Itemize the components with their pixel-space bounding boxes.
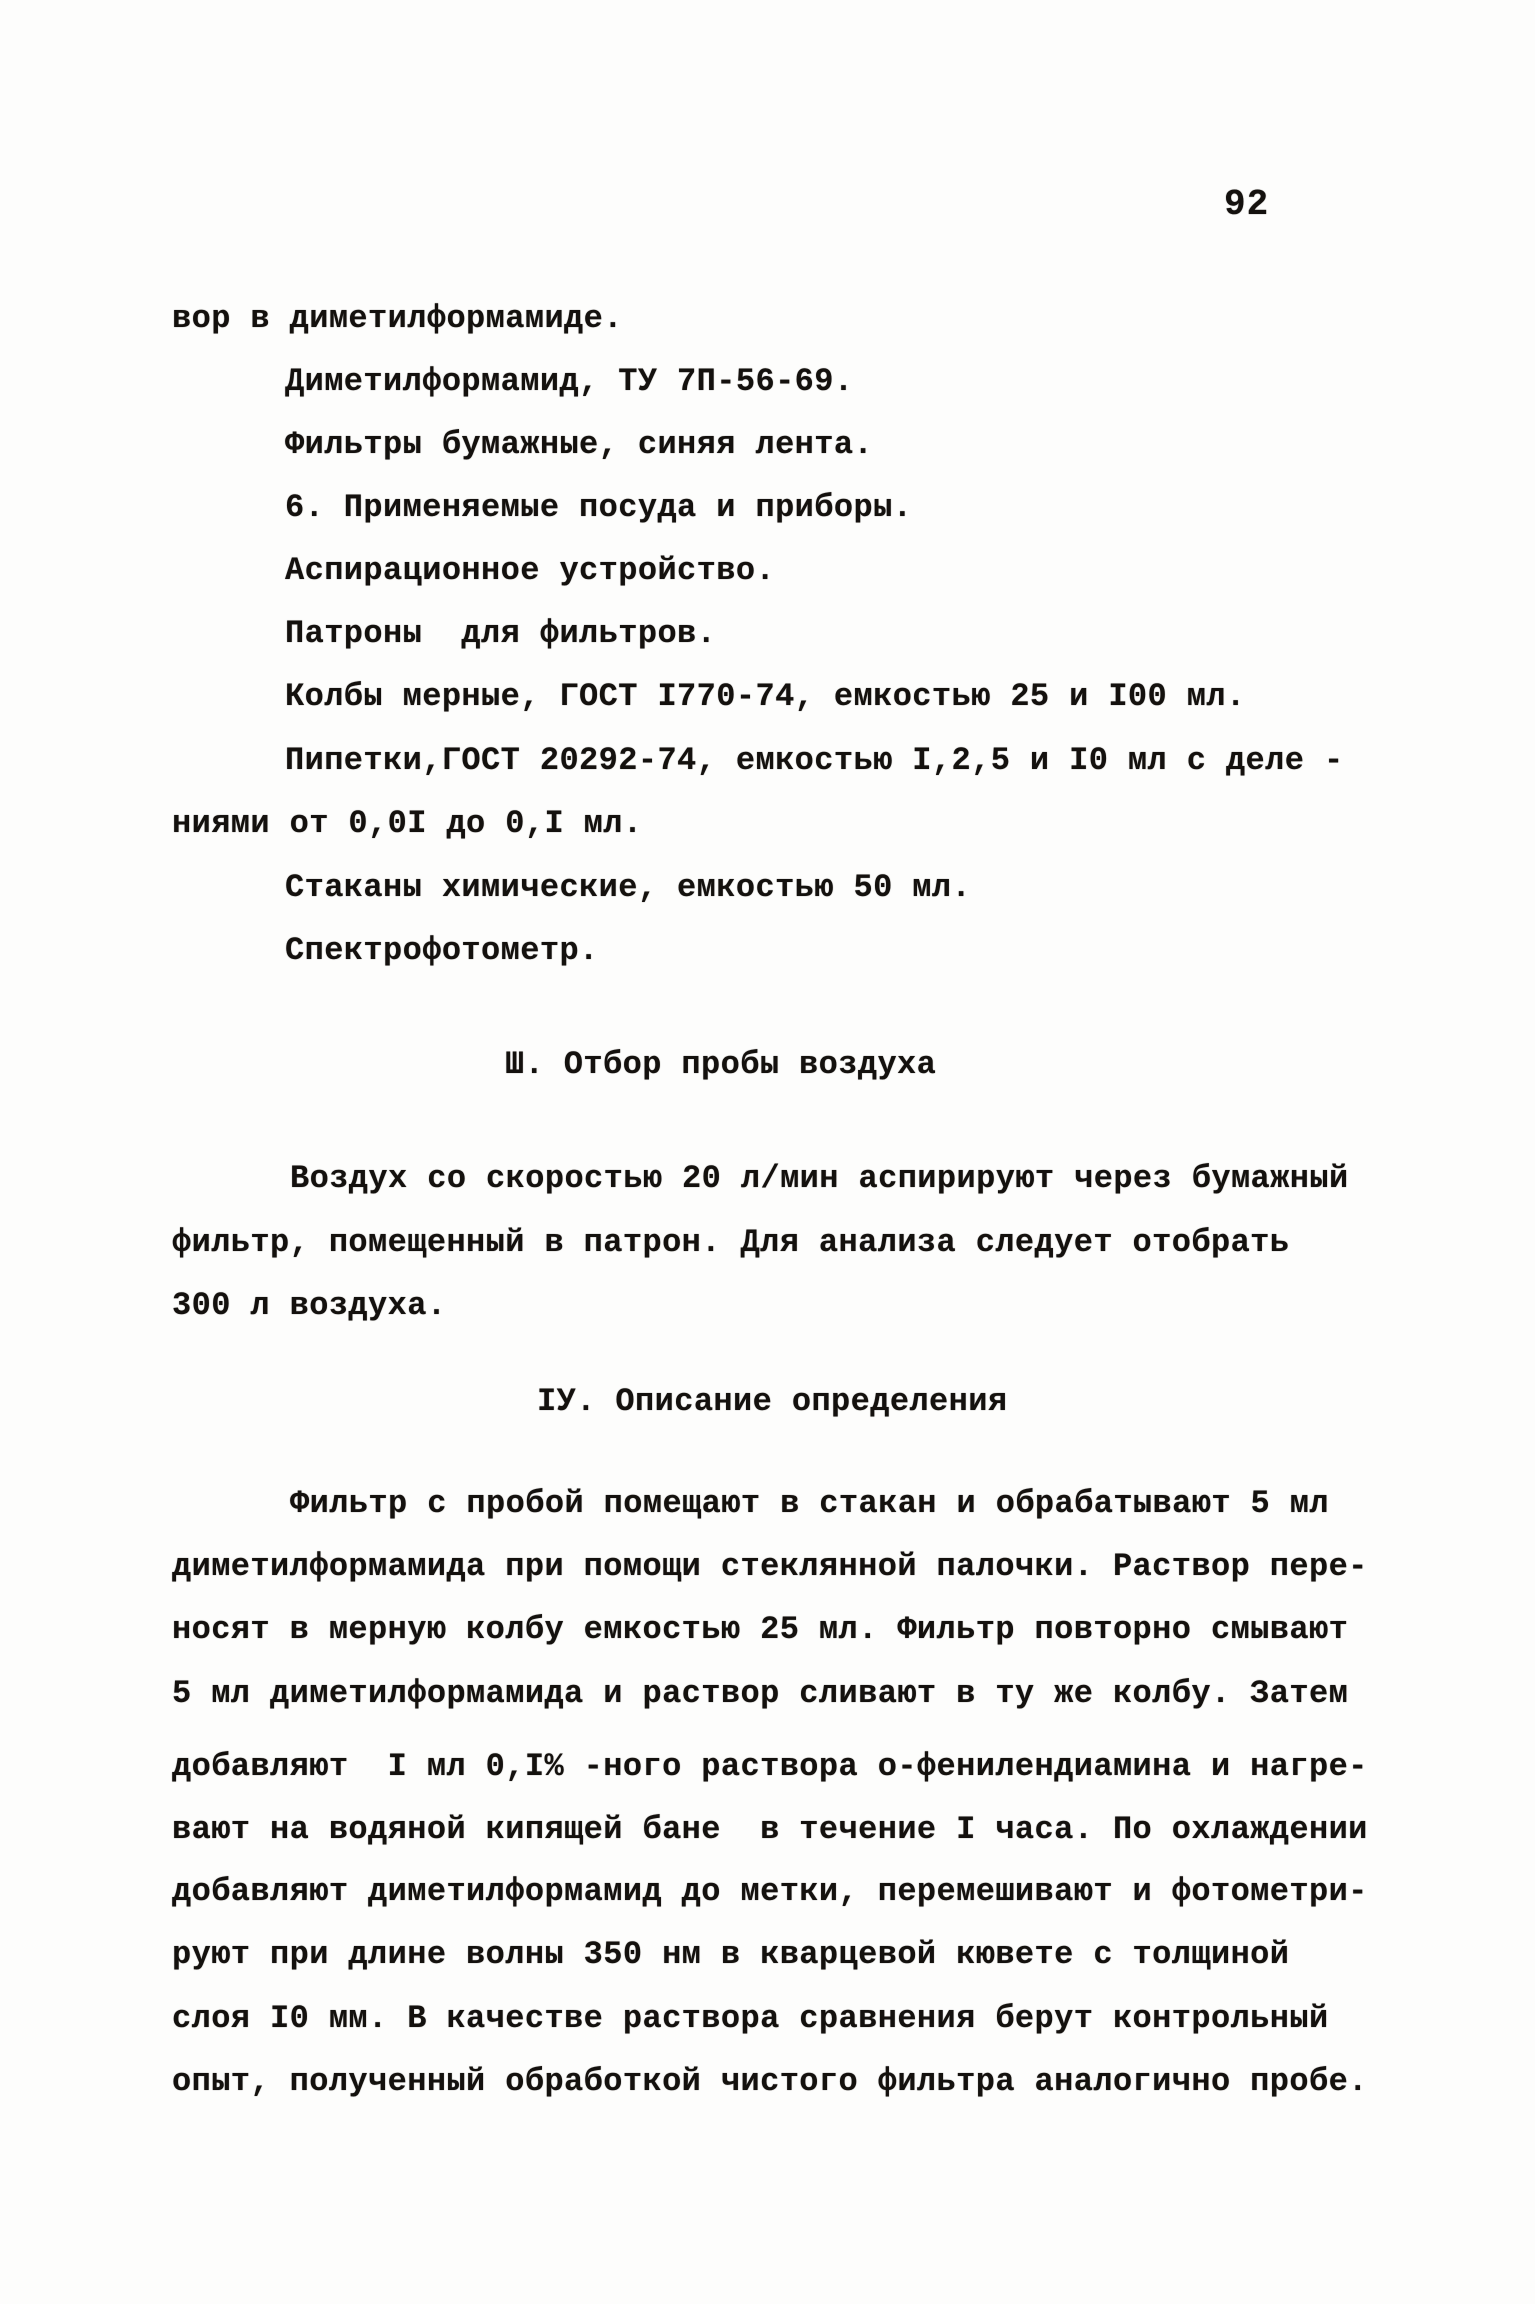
text-line: носят в мерную колбу емкостью 25 мл. Фил… xyxy=(172,1614,1348,1646)
text-line: вают на водяной кипящей бане в течение I… xyxy=(172,1814,1368,1846)
text-line: Патроны для фильтров. xyxy=(285,618,716,650)
text-line: вор в диметилформамиде. xyxy=(172,303,623,335)
text-line: руют при длине волны 350 нм в кварцевой … xyxy=(172,1939,1289,1971)
text-line: 300 л воздуха. xyxy=(172,1290,446,1322)
scanned-document-page: 92 вор в диметилформамиде. Диметилформам… xyxy=(0,0,1535,2304)
text-line: диметилформамида при помощи стеклянной п… xyxy=(172,1551,1368,1583)
text-line: Стаканы химические, емкостью 50 мл. xyxy=(285,872,971,904)
text-line: фильтр, помещенный в патрон. Для анализа… xyxy=(172,1227,1289,1259)
text-line: Колбы мерные, ГОСТ I770-74, емкостью 25 … xyxy=(285,681,1246,713)
section-heading-determination: IУ. Описание определения xyxy=(537,1386,1007,1418)
text-line: Фильтры бумажные, синяя лента. xyxy=(285,429,873,461)
text-line: 5 мл диметилформамида и раствор сливают … xyxy=(172,1678,1348,1710)
text-line: Пипетки,ГОСТ 20292-74, емкостью I,2,5 и … xyxy=(285,745,1344,777)
text-line: Фильтр с пробой помещают в стакан и обра… xyxy=(290,1488,1329,1520)
text-line: добавляют I мл 0,I% -ного раствора о-фен… xyxy=(172,1751,1368,1783)
section-heading-air-sampling: Ш. Отбор пробы воздуха xyxy=(505,1049,936,1081)
text-line: 6. Применяемые посуда и приборы. xyxy=(285,492,912,524)
text-line: Аспирационное устройство. xyxy=(285,555,775,587)
text-line: Воздух со скоростью 20 л/мин аспирируют … xyxy=(290,1163,1349,1195)
text-line: ниями от 0,0I до 0,I мл. xyxy=(172,808,642,840)
page-number: 92 xyxy=(1224,184,1269,225)
text-line: слоя I0 мм. В качестве раствора сравнени… xyxy=(172,2003,1329,2035)
text-line: Спектрофотометр. xyxy=(285,935,599,967)
text-line: Диметилформамид, ТУ 7П-56-69. xyxy=(285,366,854,398)
text-line: опыт, полученный обработкой чистого филь… xyxy=(172,2066,1368,2098)
text-line: добавляют диметилформамид до метки, пере… xyxy=(172,1876,1368,1908)
